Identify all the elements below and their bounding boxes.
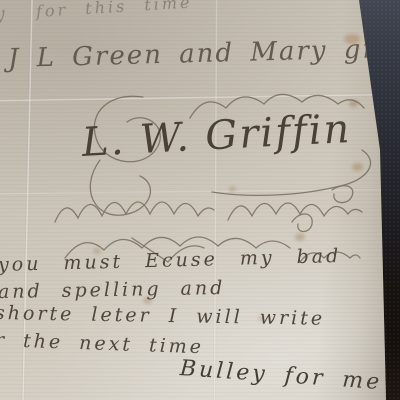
photo: y for this time J L Green and Mary gree … (0, 0, 400, 400)
letter-paper: y for this time J L Green and Mary gree … (0, 0, 400, 400)
paper-edge-shadow (0, 0, 400, 400)
